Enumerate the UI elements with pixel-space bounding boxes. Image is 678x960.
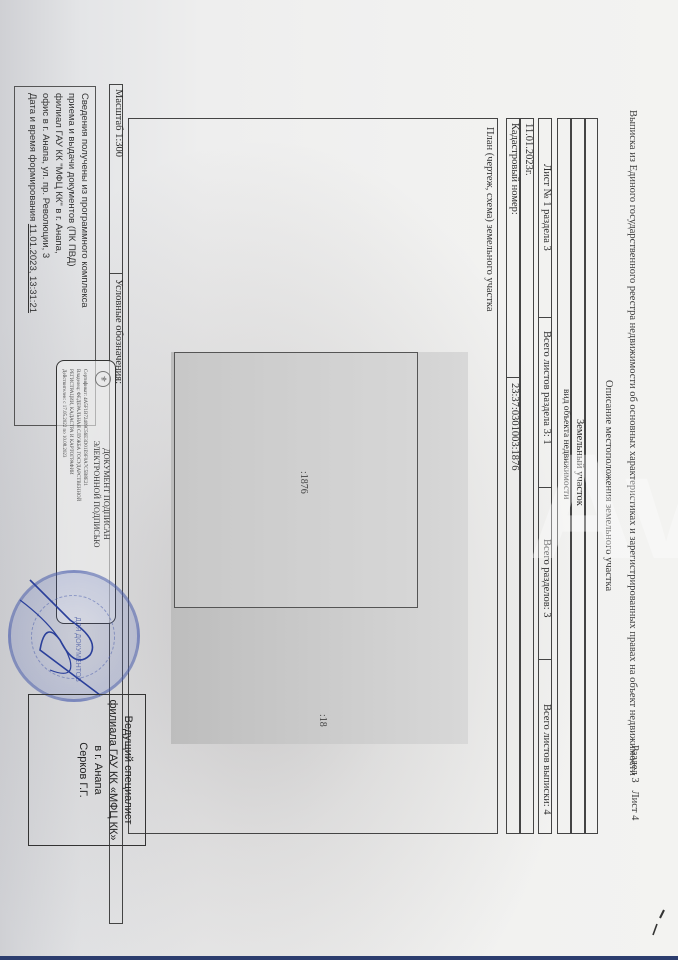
neighbor-parcel-label: :18	[317, 714, 328, 727]
cadastral-number: 23:37:0301003:1876	[509, 383, 520, 471]
extract-page: Выписка из Единого государственного реес…	[0, 0, 678, 960]
cell-divider	[539, 317, 551, 318]
cell-divider	[507, 377, 519, 378]
official-stamp: ДЛЯ ДОКУМЕНТОВ	[8, 570, 140, 702]
sheet-label: Лист 4	[629, 790, 640, 820]
cadastral-row: Кадастровый номер: 23:37:0301003:1876	[506, 118, 520, 834]
pen-marks	[648, 908, 670, 938]
plan-title: План (чертеж, схема) земельного участка	[484, 127, 495, 312]
info-line: офис в г. Анапа, ул. пр. Революции, 3	[39, 93, 52, 419]
signature-title: ДОКУМЕНТ ПОДПИСАН ЭЛЕКТРОННОЙ ПОДПИСЬЮ	[91, 419, 111, 569]
section-label: Раздел 3	[629, 745, 640, 783]
scale-label: Масштаб 1:300	[113, 89, 124, 157]
official-signatory-box: Ведущий специалист филиала ГАУ КК «МФЦ К…	[28, 694, 146, 846]
owner-text-2: РЕГИСТРАЦИИ, КАДАСТРА И КАРТОГРАФИИ	[68, 369, 73, 475]
photo-bottom-edge	[0, 956, 678, 960]
extract-date: 11.01.2023г.	[523, 123, 534, 176]
formation-date-label: Дата и время формирования	[27, 93, 38, 221]
cell-divider	[539, 659, 551, 660]
certificate-text: Сертификат: 4A5F1B72409C56E3D01E9F0A7C5B…	[82, 369, 87, 486]
formation-date-value: 11.01.2023, 13:31:21	[27, 224, 38, 313]
formation-datetime: Дата и время формирования 11.01.2023, 13…	[26, 93, 39, 419]
coat-of-arms-icon: ⚜	[95, 371, 111, 387]
official-branch: филиала ГАУ КК «МФЦ КК»	[105, 695, 120, 845]
cell-divider	[110, 273, 122, 274]
sheet-in-section: Лист № 1 раздела 3	[541, 164, 552, 251]
official-city: в г. Анапа	[90, 695, 105, 845]
stamp-inner-ring	[31, 595, 115, 679]
parcel-label: :1876	[298, 471, 309, 494]
validity-text: Действителен: с 17.05.2022 по 10.08.2023	[61, 369, 66, 457]
avito-watermark: Avito	[528, 420, 678, 593]
section-sheet-label: Раздел 3 Лист 4	[629, 745, 640, 820]
parcel-boundary[interactable]: :1876	[174, 352, 418, 608]
stamp-text: ДЛЯ ДОКУМЕНТОВ	[74, 617, 81, 682]
cadastral-label: Кадастровый номер:	[509, 123, 520, 215]
official-name: Серков Г.Г.	[75, 695, 90, 845]
official-position: Ведущий специалист	[120, 695, 135, 845]
extract-sheets-total: Всего листов выписки: 4	[541, 704, 552, 815]
owner-text: Владелец: ФЕДЕРАЛЬНАЯ СЛУЖБА ГОСУДАРСТВЕ…	[75, 369, 80, 501]
